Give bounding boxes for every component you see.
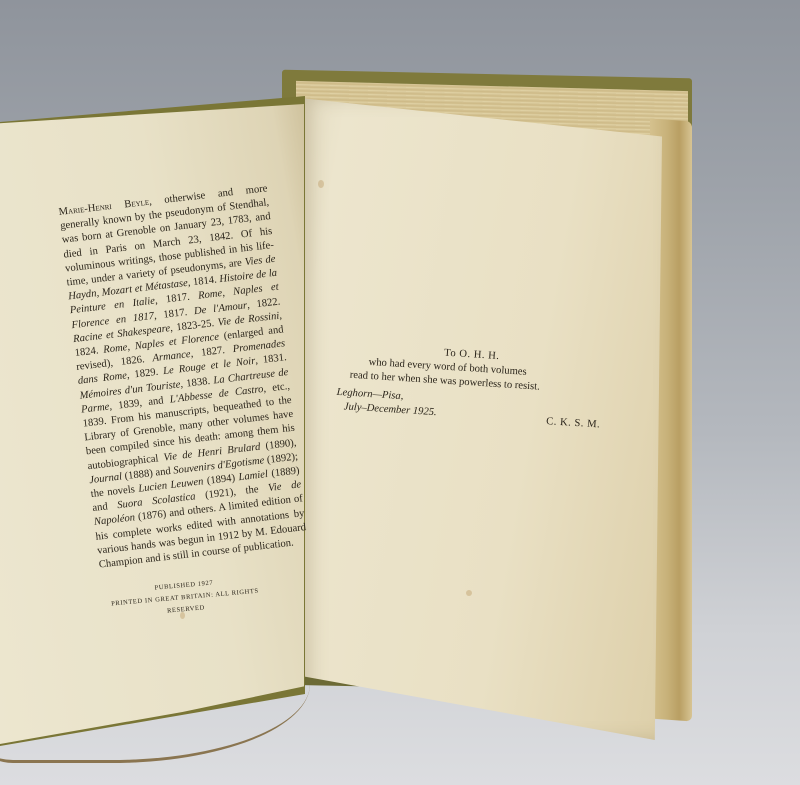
- foxing-spot: [318, 180, 324, 188]
- photo-scene: Marie-Henri Beyle, otherwise and more ge…: [0, 0, 800, 785]
- left-page-edge: [0, 650, 310, 763]
- foxing-spot: [466, 590, 472, 596]
- author-biography: Marie-Henri Beyle, otherwise and more ge…: [58, 182, 308, 573]
